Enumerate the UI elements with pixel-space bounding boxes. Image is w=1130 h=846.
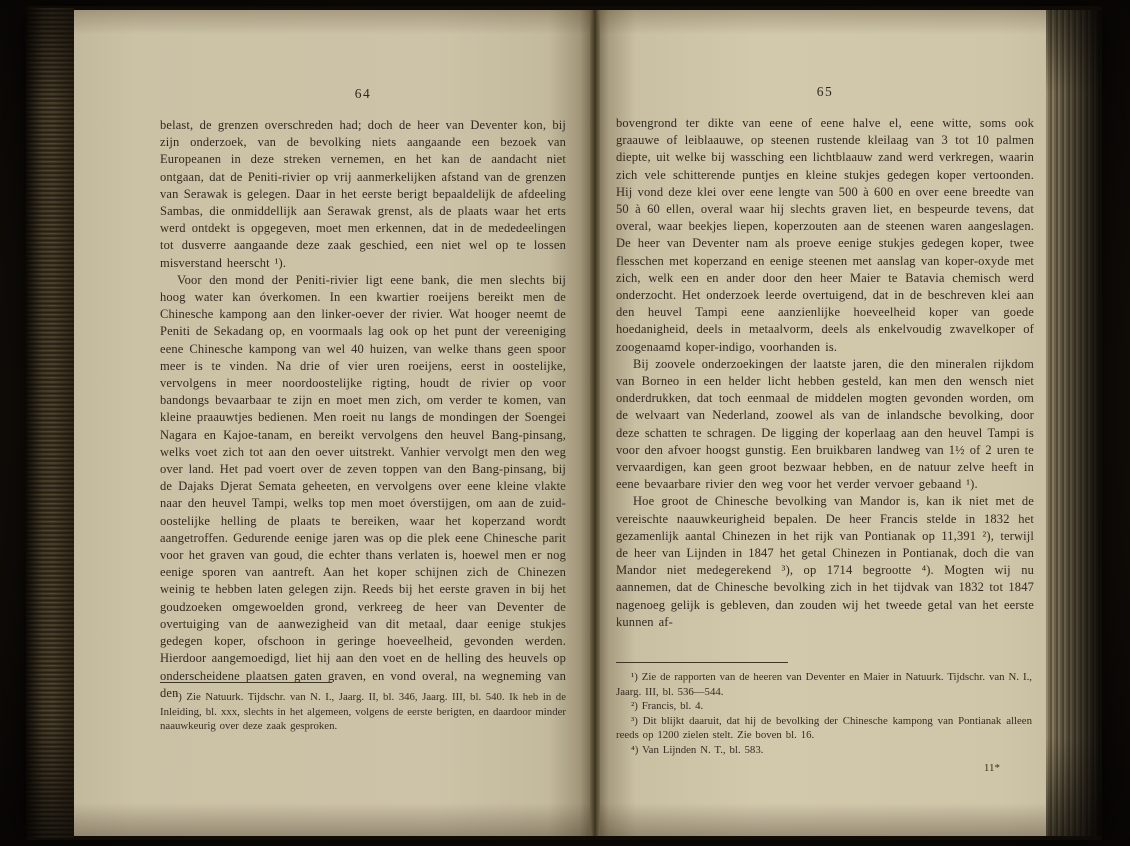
page-number-right: 65 [616,84,1034,100]
right-footnote-section: ¹) Zie de rapporten van de heeren van De… [600,662,1046,774]
footnote: ²) Francis, bl. 4. [616,699,1032,714]
paragraph: Hoe groot de Chinesche bevolking van Man… [616,493,1034,631]
paragraph: Voor den mond der Peniti-rivier ligt een… [160,272,566,702]
footnote-rule [616,662,788,663]
book-gutter [590,10,600,836]
page-left: 64 belast, de grenzen overschreden had; … [74,10,590,836]
page-number-left: 64 [160,86,566,102]
footnote: ¹) Zie Natuurk. Tijdschr. van N. I., Jaa… [160,690,566,734]
signature-mark: 11* [616,762,1032,774]
left-page-edges [26,8,74,838]
paragraph: Bij zoovele onderzoekingen der laatste j… [616,356,1034,494]
right-page-edges [1046,10,1102,836]
footnote-rule [160,682,332,683]
footnote: ³) Dit blijkt daaruit, dat hij de bevolk… [616,714,1032,743]
open-book: 64 belast, de grenzen overschreden had; … [26,6,1102,840]
footnote: ¹) Zie de rapporten van de heeren van De… [616,670,1032,699]
paragraph: belast, de grenzen overschreden had; doc… [160,117,566,272]
footnote: ⁴) Van Lijnden N. T., bl. 583. [616,743,1032,758]
photo-background: 64 belast, de grenzen overschreden had; … [0,0,1130,846]
left-footnote-section: ¹) Zie Natuurk. Tijdschr. van N. I., Jaa… [74,682,590,734]
paragraph: bovengrond ter dikte van eene of eene ha… [616,115,1034,356]
page-right: 65 bovengrond ter dikte van eene of eene… [600,10,1046,836]
